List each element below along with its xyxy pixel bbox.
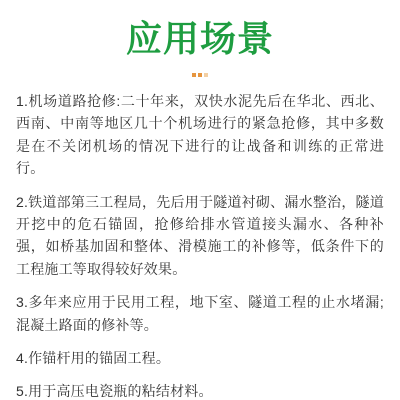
paragraph-railway-bureau: 2.铁道部第三工程局，先后用于隧道衬砌、漏水整治，隧道开挖中的危石锚固，抢修给排… <box>16 191 384 281</box>
title-section: 应用场景 <box>0 0 400 77</box>
dot-icon <box>204 73 208 77</box>
page-root: 应用场景 1.机场道路抢修:二十年来，双快水泥先后在华北、西北、西南、中南等地区… <box>0 0 400 400</box>
dot-icon <box>192 73 196 77</box>
title-divider-dots <box>0 73 400 77</box>
dot-icon <box>198 73 202 77</box>
paragraph-porcelain-bottle: 5.用于高压电瓷瓶的粘结材料。 <box>16 380 384 400</box>
paragraph-anchor-bolt: 4.作锚杆用的锚固工程。 <box>16 347 384 369</box>
page-title: 应用场景 <box>0 0 400 59</box>
paragraph-civil-engineering: 3.多年来应用于民用工程，地下室、隧道工程的止水堵漏;混凝土路面的修补等。 <box>16 291 384 336</box>
content-section: 1.机场道路抢修:二十年来，双快水泥先后在华北、西北、西南、中南等地区几十个机场… <box>0 90 400 400</box>
paragraph-airport-repair: 1.机场道路抢修:二十年来，双快水泥先后在华北、西北、西南、中南等地区几十个机场… <box>16 90 384 180</box>
